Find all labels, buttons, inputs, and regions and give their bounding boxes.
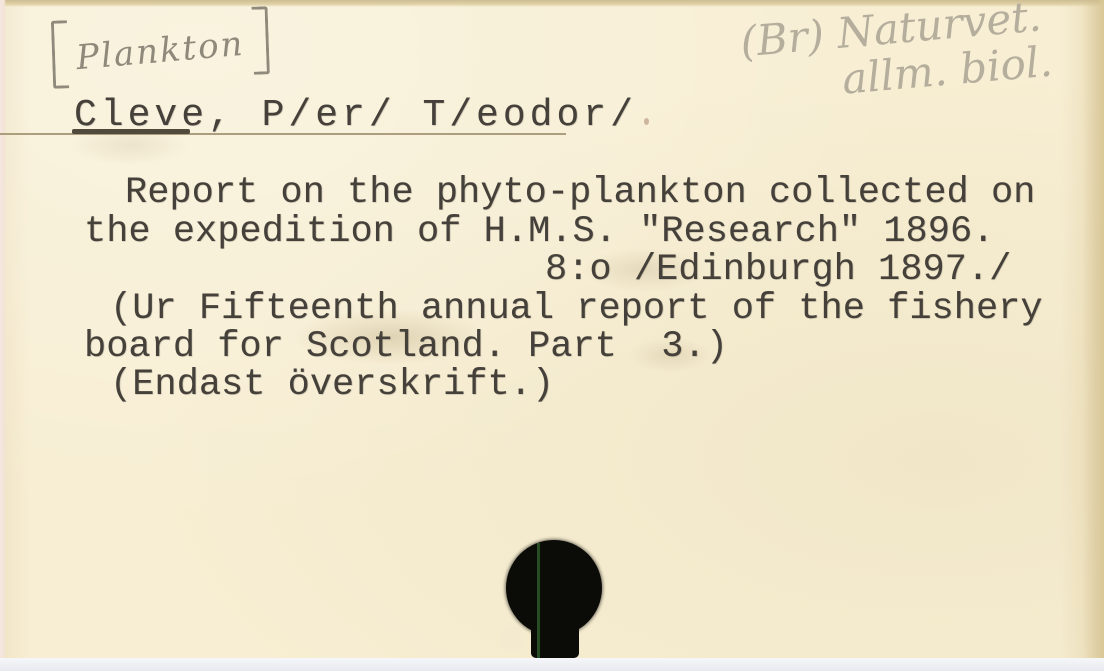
scan-edge-bottom	[0, 658, 1104, 671]
punch-hole-notch	[499, 626, 525, 652]
card-text-line: board for Scotland. Part 3.)	[84, 326, 728, 368]
card-left-edge	[0, 0, 6, 658]
card-text-line: 8:o /Edinburgh 1897./	[545, 249, 1011, 291]
handwritten-classification-annotation: (Br) Naturvet. allm. biol.	[739, 0, 1055, 111]
handwritten-bracket-right	[251, 6, 269, 75]
handwritten-subject-text: Plankton	[75, 24, 246, 79]
card-text-line: Report on the phyto-plankton collected o…	[125, 172, 1035, 214]
card-text-line: (Endast överskrift.)	[110, 364, 554, 406]
typed-underscore	[72, 129, 190, 134]
handwritten-bracket-left	[51, 20, 69, 89]
scanner-artifact-line	[537, 543, 540, 658]
handwritten-subject-annotation: Plankton	[51, 10, 270, 92]
ink-speck	[644, 118, 649, 125]
catalog-card: Plankton (Br) Naturvet. allm. biol. Clev…	[0, 0, 1104, 658]
card-text-line: the expedition of H.M.S. "Research" 1896…	[84, 211, 994, 253]
card-right-edge	[1082, 0, 1104, 658]
card-text-line: (Ur Fifteenth annual report of the fishe…	[110, 288, 1043, 330]
scanned-catalog-card: Plankton (Br) Naturvet. allm. biol. Clev…	[0, 0, 1104, 671]
